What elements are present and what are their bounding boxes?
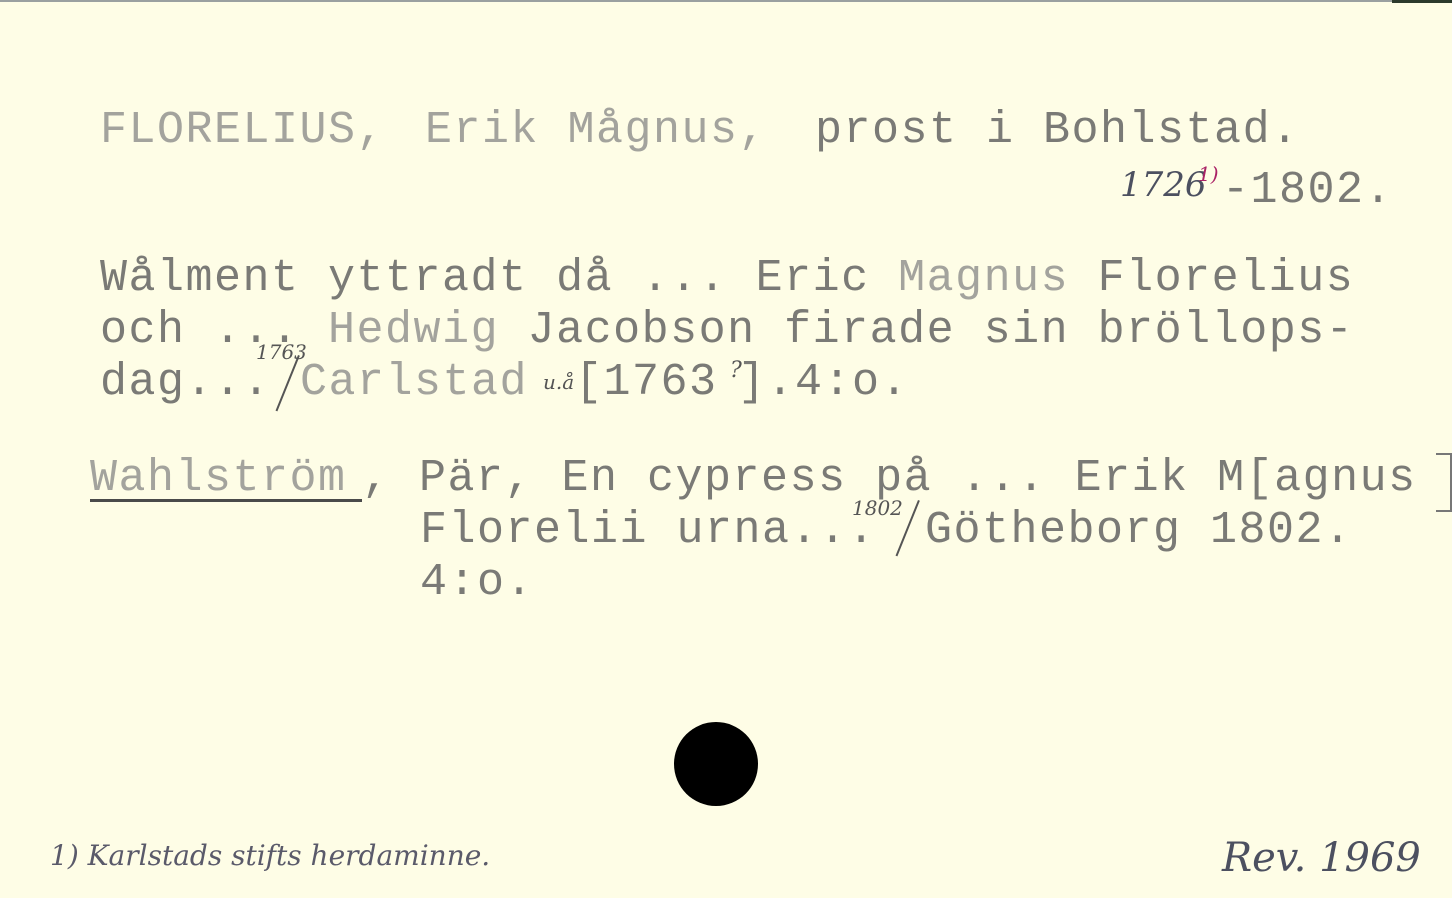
entry2-format: 4:o. — [420, 560, 534, 605]
bracket-close — [1436, 453, 1452, 512]
entry1-format: ].4:o. — [738, 360, 909, 405]
entry2-handwritten-year: 1802 — [852, 498, 903, 518]
author-underline — [90, 499, 362, 502]
death-year: -1802. — [1222, 168, 1393, 213]
entry1-handwritten-ua: u.å — [543, 372, 574, 392]
footnote-mark: 1) — [1198, 164, 1219, 184]
heading-forename: Erik Mågnus, — [425, 108, 767, 153]
catalog-card: FLORELIUS, Erik Mågnus, prost i Bohlstad… — [0, 0, 1452, 898]
entry2-line2-a: Florelii urna... — [420, 508, 876, 553]
entry1-line2-hedwig: Hedwig — [328, 305, 499, 356]
entry1-line1-c: Florelius — [1069, 253, 1354, 304]
entry1-year: [1763 — [575, 360, 718, 405]
entry2-place-year: Götheborg 1802. — [925, 508, 1353, 553]
entry2-line1: , Pär, En cypress på ... Erik M[agnus — [362, 456, 1417, 501]
handwritten-birth-year: 1726 — [1120, 168, 1207, 202]
handwritten-revision: Rev. 1969 — [1222, 838, 1421, 878]
entry1-line2-c: Jacobson firade sin bröllops- — [499, 305, 1354, 356]
entry1-line1-magnus: Magnus — [898, 253, 1069, 304]
entry1-place: Carlstad — [300, 360, 528, 405]
handwritten-footnote: 1) Karlstads stifts herdaminne. — [50, 842, 490, 870]
entry1-line3-a: dag... — [100, 360, 271, 405]
entry2-author: Wahlström — [90, 456, 347, 501]
heading-title: prost i Bohlstad. — [815, 108, 1300, 153]
heading-surname: FLORELIUS, — [100, 108, 385, 153]
punch-hole — [674, 722, 758, 806]
entry1-line1: Wålment yttradt då ... Eric Magnus Flore… — [100, 256, 1354, 301]
entry1-line1-a: Wålment yttradt då ... Eric — [100, 253, 898, 304]
